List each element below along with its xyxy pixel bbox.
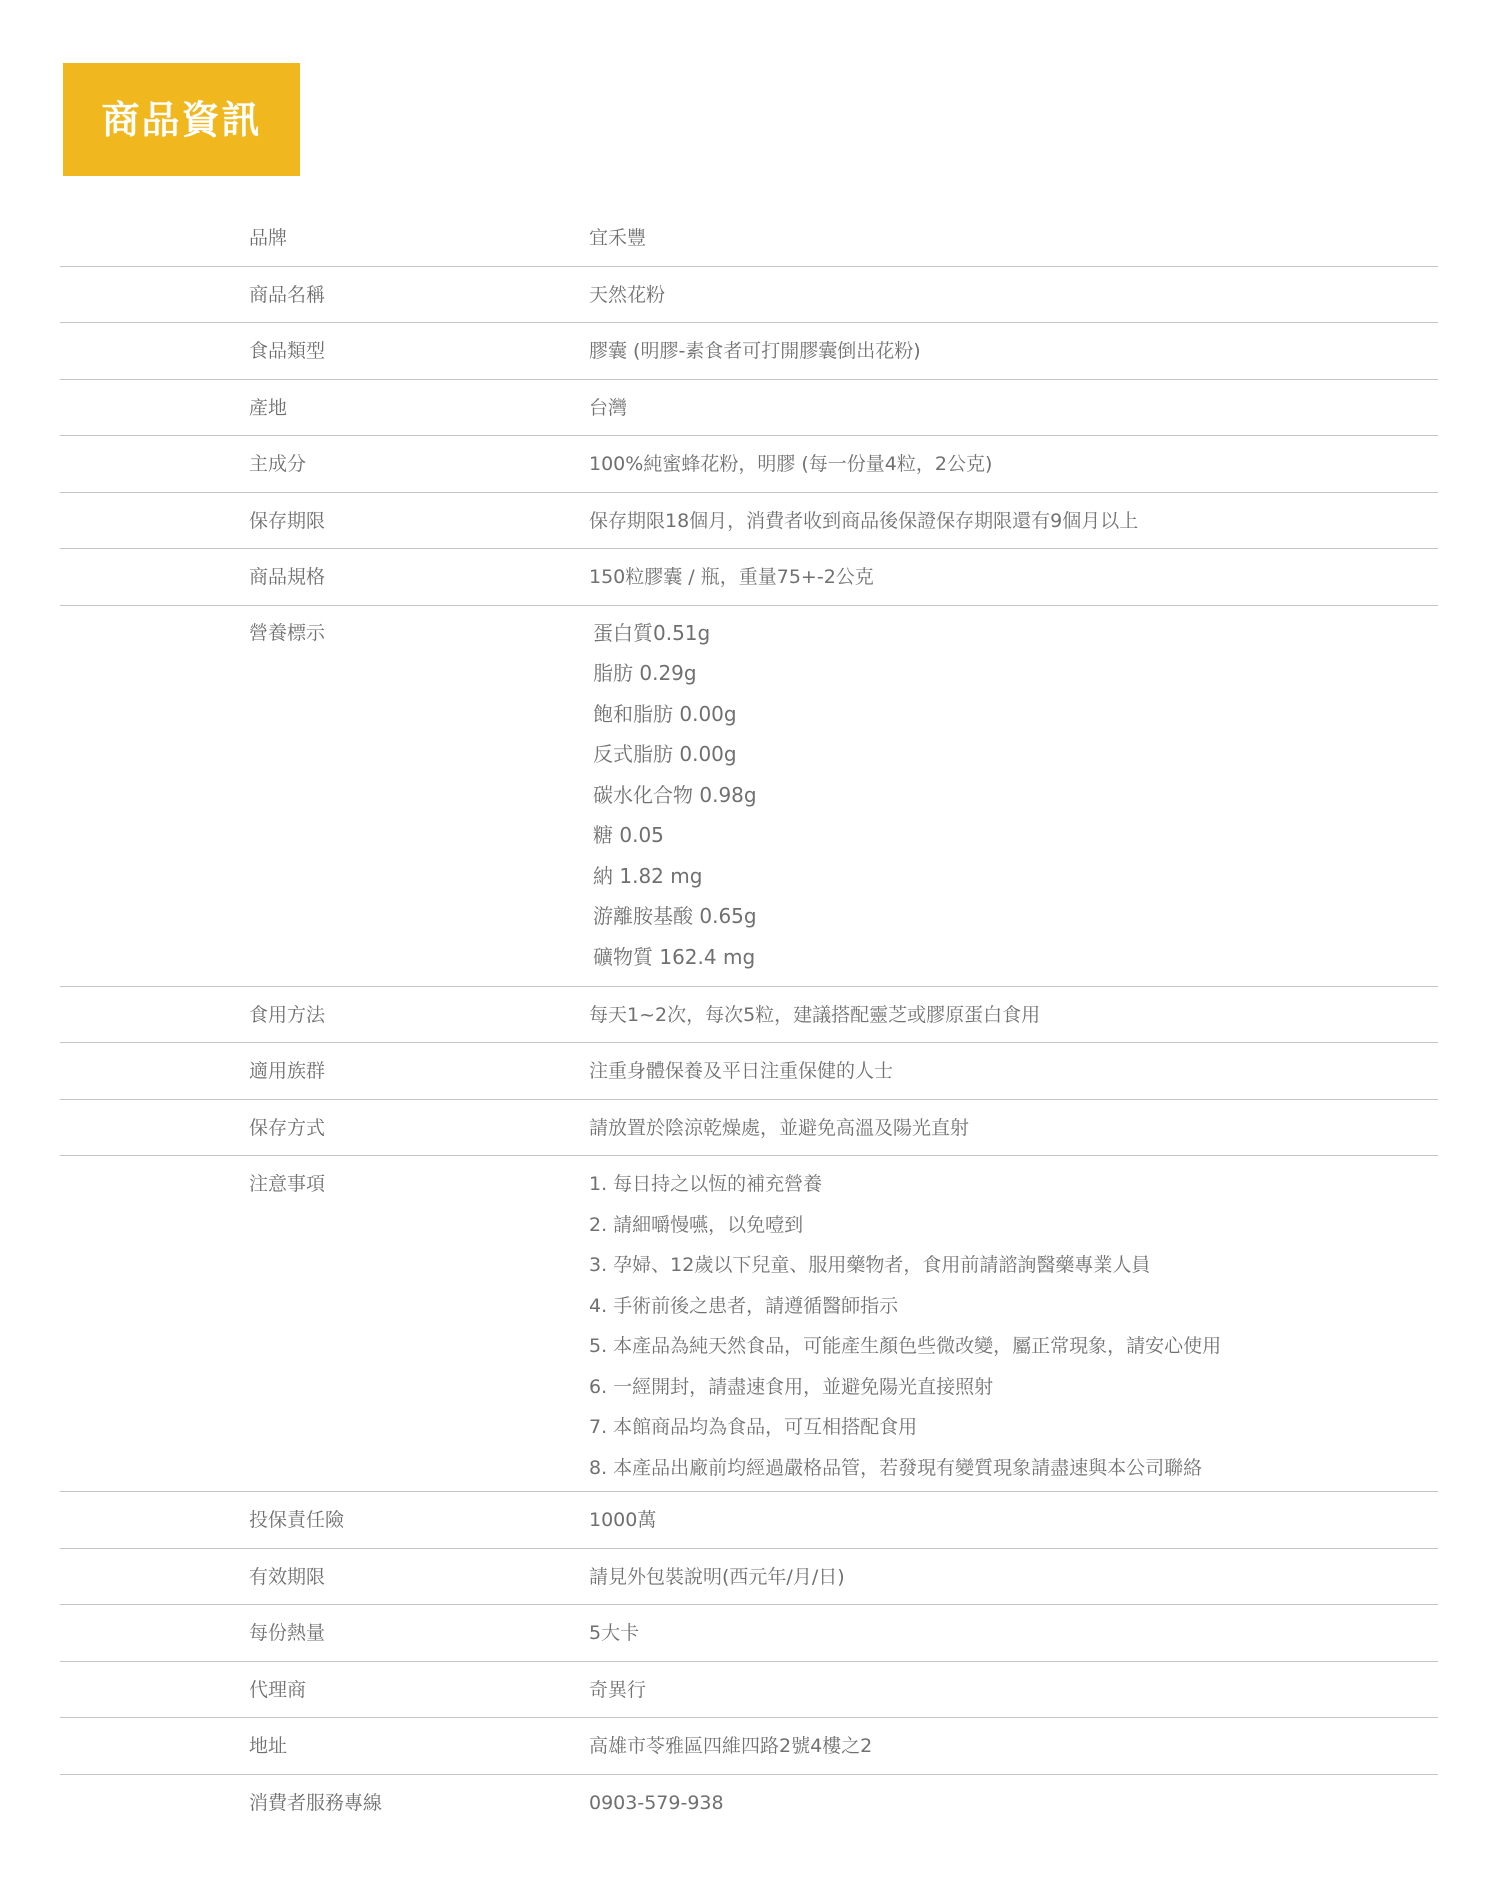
notes-list: 1. 每日持之以恆的補充營養 2. 請細嚼慢嚥，以免噎到 3. 孕婦、12歲以下… (589, 1164, 1221, 1488)
spec-label: 適用族群 (249, 1043, 325, 1099)
spec-row-product-name: 商品名稱 天然花粉 (60, 267, 1438, 324)
spec-row-brand: 品牌 宜禾豐 (60, 210, 1438, 267)
spec-value: 每天1~2次，每次5粒，建議搭配靈芝或膠原蛋白食用 (589, 987, 1040, 1043)
spec-row-usage: 食用方法 每天1~2次，每次5粒，建議搭配靈芝或膠原蛋白食用 (60, 987, 1438, 1044)
spec-row-insurance: 投保責任險 1000萬 (60, 1492, 1438, 1549)
spec-label: 食用方法 (249, 987, 325, 1043)
spec-row-hotline: 消費者服務專線 0903-579-938 (60, 1775, 1438, 1832)
spec-value: 5大卡 (589, 1605, 639, 1661)
spec-row-address: 地址 高雄市苓雅區四維四路2號4樓之2 (60, 1718, 1438, 1775)
spec-row-storage: 保存方式 請放置於陰涼乾燥處，並避免高溫及陽光直射 (60, 1100, 1438, 1157)
spec-value: 請放置於陰涼乾燥處，並避免高溫及陽光直射 (589, 1100, 969, 1156)
nutrition-list: 蛋白質0.51g 脂肪 0.29g 飽和脂肪 0.00g 反式脂肪 0.00g … (593, 613, 757, 978)
spec-row-calories: 每份熱量 5大卡 (60, 1605, 1438, 1662)
spec-label: 品牌 (249, 210, 287, 266)
nutrition-item: 糖 0.05 (593, 815, 757, 856)
note-item: 4. 手術前後之患者，請遵循醫師指示 (589, 1286, 1221, 1327)
nutrition-item: 納 1.82 mg (593, 856, 757, 897)
spec-value: 1000萬 (589, 1492, 656, 1548)
note-item: 8. 本產品出廠前均經過嚴格品管，若發現有變質現象請盡速與本公司聯絡 (589, 1448, 1221, 1489)
spec-label: 商品名稱 (249, 267, 325, 323)
spec-label: 代理商 (249, 1662, 306, 1718)
spec-row-ingredients: 主成分 100%純蜜蜂花粉，明膠 (每一份量4粒，2公克) (60, 436, 1438, 493)
spec-row-agent: 代理商 奇異行 (60, 1662, 1438, 1719)
note-item: 5. 本產品為純天然食品，可能產生顏色些微改變，屬正常現象，請安心使用 (589, 1326, 1221, 1367)
spec-row-notes: 注意事項 1. 每日持之以恆的補充營養 2. 請細嚼慢嚥，以免噎到 3. 孕婦、… (60, 1156, 1438, 1492)
spec-label: 投保責任險 (249, 1492, 344, 1548)
spec-value: 150粒膠囊 / 瓶，重量75+-2公克 (589, 549, 874, 605)
spec-row-nutrition: 營養標示 蛋白質0.51g 脂肪 0.29g 飽和脂肪 0.00g 反式脂肪 0… (60, 606, 1438, 987)
spec-label: 注意事項 (249, 1164, 325, 1205)
note-item: 1. 每日持之以恆的補充營養 (589, 1164, 1221, 1205)
spec-value: 保存期限18個月，消費者收到商品後保證保存期限還有9個月以上 (589, 493, 1138, 549)
nutrition-item: 脂肪 0.29g (593, 653, 757, 694)
section-header: 商品資訊 (63, 63, 300, 176)
spec-value: 0903-579-938 (589, 1775, 724, 1831)
spec-value: 注重身體保養及平日注重保健的人士 (589, 1043, 893, 1099)
product-spec-table: 品牌 宜禾豐 商品名稱 天然花粉 食品類型 膠囊 (明膠-素食者可打開膠囊倒出花… (60, 210, 1438, 1831)
spec-value: 100%純蜜蜂花粉，明膠 (每一份量4粒，2公克) (589, 436, 992, 492)
nutrition-item: 飽和脂肪 0.00g (593, 694, 757, 735)
spec-value: 奇異行 (589, 1662, 646, 1718)
spec-value: 天然花粉 (589, 267, 665, 323)
spec-label: 主成分 (249, 436, 306, 492)
nutrition-item: 礦物質 162.4 mg (593, 937, 757, 978)
spec-row-shelf-life: 保存期限 保存期限18個月，消費者收到商品後保證保存期限還有9個月以上 (60, 493, 1438, 550)
spec-label: 有效期限 (249, 1549, 325, 1605)
spec-label: 地址 (249, 1718, 287, 1774)
nutrition-item: 游離胺基酸 0.65g (593, 896, 757, 937)
spec-value: 膠囊 (明膠-素食者可打開膠囊倒出花粉) (589, 323, 921, 379)
spec-row-target-group: 適用族群 注重身體保養及平日注重保健的人士 (60, 1043, 1438, 1100)
spec-row-food-type: 食品類型 膠囊 (明膠-素食者可打開膠囊倒出花粉) (60, 323, 1438, 380)
spec-label: 食品類型 (249, 323, 325, 379)
note-item: 3. 孕婦、12歲以下兒童、服用藥物者，食用前請諮詢醫藥專業人員 (589, 1245, 1221, 1286)
note-item: 6. 一經開封，請盡速食用，並避免陽光直接照射 (589, 1367, 1221, 1408)
nutrition-item: 反式脂肪 0.00g (593, 734, 757, 775)
spec-label: 每份熱量 (249, 1605, 325, 1661)
spec-label: 商品規格 (249, 549, 325, 605)
spec-label: 營養標示 (249, 613, 325, 654)
spec-label: 消費者服務專線 (249, 1775, 382, 1831)
spec-value: 宜禾豐 (589, 210, 646, 266)
spec-value: 高雄市苓雅區四維四路2號4樓之2 (589, 1718, 872, 1774)
spec-label: 產地 (249, 380, 287, 436)
note-item: 7. 本館商品均為食品，可互相搭配食用 (589, 1407, 1221, 1448)
nutrition-item: 碳水化合物 0.98g (593, 775, 757, 816)
spec-value: 台灣 (589, 380, 627, 436)
spec-value: 請見外包裝說明(西元年/月/日) (589, 1549, 845, 1605)
nutrition-item: 蛋白質0.51g (593, 613, 757, 654)
spec-row-origin: 產地 台灣 (60, 380, 1438, 437)
note-item: 2. 請細嚼慢嚥，以免噎到 (589, 1205, 1221, 1246)
spec-row-expiry: 有效期限 請見外包裝說明(西元年/月/日) (60, 1549, 1438, 1606)
section-title: 商品資訊 (101, 101, 261, 139)
spec-row-specification: 商品規格 150粒膠囊 / 瓶，重量75+-2公克 (60, 549, 1438, 606)
spec-label: 保存期限 (249, 493, 325, 549)
spec-label: 保存方式 (249, 1100, 325, 1156)
